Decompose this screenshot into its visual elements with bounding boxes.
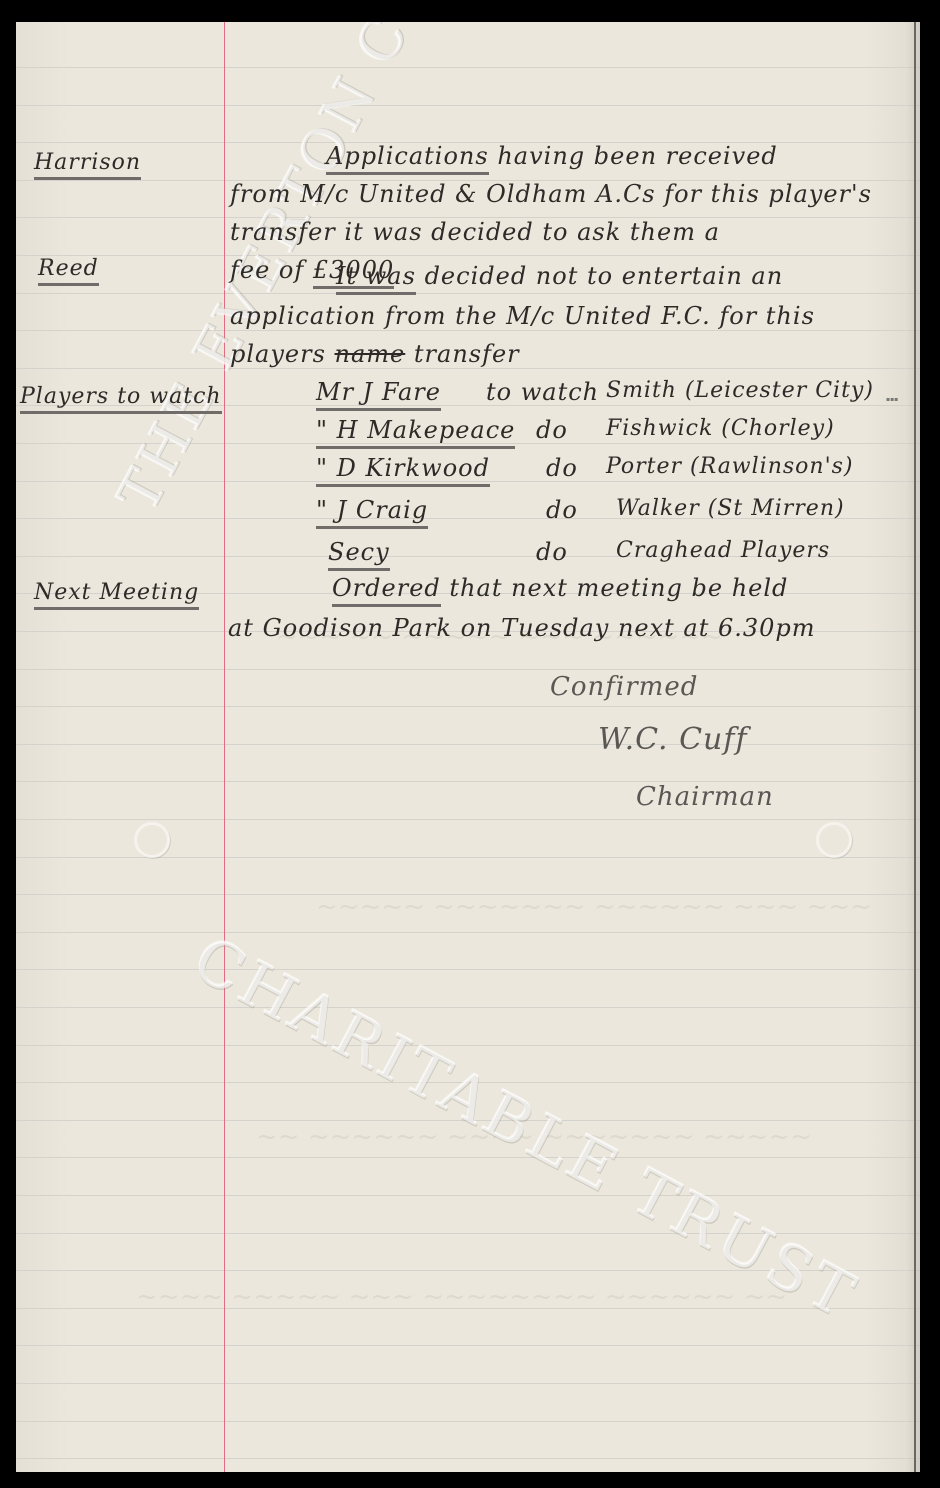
body-line: application from the M/c United F.C. for… <box>230 302 815 330</box>
ruled-line <box>16 293 920 294</box>
bleed-through-text: ~~~~ ~~~~~ ~~~ ~~~~~~~~ ~~~~~~ ~~ <box>136 1282 787 1312</box>
watched-player: Smith (Leicester City) <box>606 378 874 403</box>
watermark-dot <box>134 822 170 858</box>
watched-player: Fishwick (Chorley) <box>606 416 835 441</box>
watch-verb: to watch <box>486 378 599 406</box>
ruled-line <box>16 67 920 68</box>
margin-heading-players-to-watch: Players to watch <box>20 384 222 414</box>
ruled-line <box>16 1383 920 1384</box>
chairman-signature: W.C. Cuff <box>598 722 748 757</box>
ruled-line <box>16 706 920 707</box>
fee-label: fee of <box>230 256 313 284</box>
chairman-title: Chairman <box>636 782 774 812</box>
body-line: from M/c United & Oldham A.Cs for this p… <box>230 180 872 208</box>
margin-rule <box>224 22 225 1472</box>
body-line: Ordered that next meeting be held <box>332 574 788 602</box>
underlined-word: Ordered <box>332 574 441 607</box>
watcher-name: Secy <box>328 538 390 571</box>
ruled-line <box>16 105 920 106</box>
body-line: Applications having been received <box>326 142 778 170</box>
minute-book-page: ~~~ ~~ ~~~~~ ~~~ ~~~~~~ ~~~~~ ~~~~~~~ ~~… <box>16 22 920 1472</box>
ruled-line <box>16 1345 920 1346</box>
watcher-name: " H Makepeace <box>316 416 515 449</box>
watcher-name: " J Craig <box>316 496 428 529</box>
spine-shadow <box>906 22 920 1472</box>
body-line-rest: decided not to entertain an <box>425 262 784 290</box>
ruled-line <box>16 1007 920 1008</box>
watcher-name: " D Kirkwood <box>316 454 490 487</box>
body-text: transfer <box>405 340 519 368</box>
ruled-line <box>16 932 920 933</box>
watch-verb: do <box>536 538 568 566</box>
margin-heading-next-meeting: Next Meeting <box>34 580 199 610</box>
margin-heading-harrison: Harrison <box>34 150 141 180</box>
underlined-word: Applications <box>326 142 489 175</box>
watch-verb: do <box>536 416 568 444</box>
body-line-rest: having been received <box>497 142 777 170</box>
ruled-line <box>16 368 920 369</box>
ruled-line <box>16 669 920 670</box>
ruled-line <box>16 1157 920 1158</box>
ruled-line <box>16 255 920 256</box>
ruled-line <box>16 1045 920 1046</box>
confirmed-label: Confirmed <box>550 672 698 702</box>
watched-player: Craghead Players <box>616 538 830 563</box>
ruled-line <box>16 969 920 970</box>
watch-verb: do <box>546 496 578 524</box>
body-text: players <box>230 340 335 368</box>
ruled-line <box>16 330 920 331</box>
ruled-line <box>16 744 920 745</box>
ruled-line <box>16 1421 920 1422</box>
body-line: players name transfer <box>230 340 520 368</box>
watermark-dot <box>816 822 852 858</box>
ruled-line <box>16 781 920 782</box>
watched-player: Walker (St Mirren) <box>616 496 845 521</box>
body-line: transfer it was decided to ask them a <box>230 218 720 246</box>
body-line-rest: that next meeting be held <box>449 574 788 602</box>
body-line: It was decided not to entertain an <box>336 262 783 290</box>
margin-heading-reed: Reed <box>38 256 99 286</box>
watcher-name: Mr J Fare <box>316 378 441 411</box>
underlined-phrase: It was <box>336 262 416 295</box>
body-line: at Goodison Park on Tuesday next at 6.30… <box>228 614 816 642</box>
page-mark: ▪▪▪ <box>886 396 898 403</box>
ruled-line <box>16 819 920 820</box>
ruled-line <box>16 1458 920 1459</box>
page-spine-edge <box>914 22 916 1472</box>
ruled-line <box>16 1195 920 1196</box>
bleed-through-text: ~~~~~ ~~~~~~~ ~~~~~~ ~~~ ~~~ <box>316 892 872 922</box>
watched-player: Porter (Rawlinson's) <box>606 454 854 479</box>
struck-word: name <box>335 340 406 368</box>
watch-verb: do <box>546 454 578 482</box>
